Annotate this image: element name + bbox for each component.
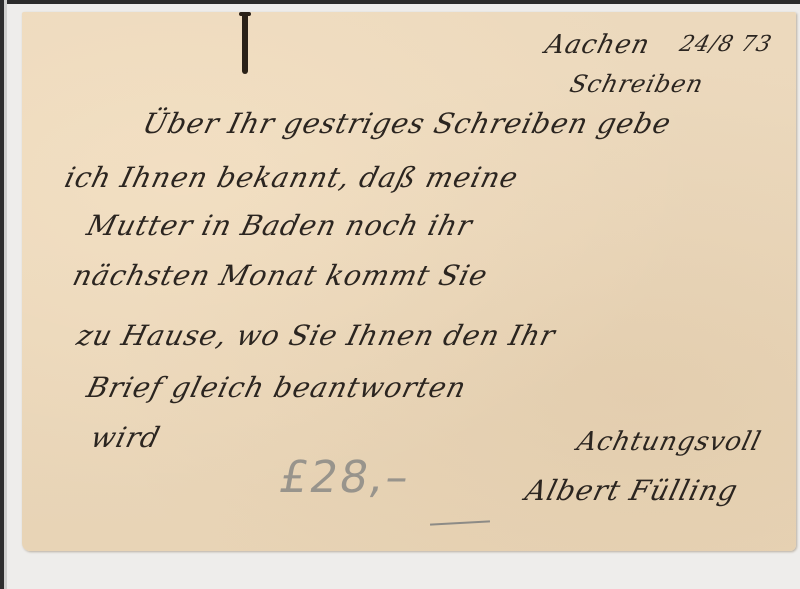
scanned-postcard-image: Aachen 24/8 73 Schreiben Über Ihr gestri…: [0, 0, 800, 589]
postcard: Aachen 24/8 73 Schreiben Über Ihr gestri…: [22, 12, 796, 551]
header-subtitle: Schreiben: [567, 70, 707, 98]
signature: Albert Fülling: [522, 474, 742, 507]
pencil-underline: [430, 520, 490, 525]
header-date: 24/8 73: [677, 32, 775, 57]
scanner-border-left: [0, 0, 4, 589]
body-line-7: wird: [88, 424, 163, 452]
body-line-3: Mutter in Baden noch ihr: [84, 212, 476, 240]
pencil-price-note: £28,–: [276, 452, 415, 503]
closing-salutation: Achtungsvoll: [574, 427, 764, 457]
body-line-4: nächsten Monat kommt Sie: [70, 262, 491, 290]
body-line-6: Brief gleich beantworten: [84, 374, 469, 402]
body-line-5: zu Hause, wo Sie Ihnen den Ihr: [74, 322, 558, 350]
body-line-1: Über Ihr gestriges Schreiben gebe: [140, 110, 674, 138]
ink-blot-mark: [242, 12, 248, 74]
header-place: Aachen: [542, 30, 653, 60]
body-line-2: ich Ihnen bekannt, daß meine: [62, 164, 521, 192]
scanner-border-top: [0, 0, 800, 4]
